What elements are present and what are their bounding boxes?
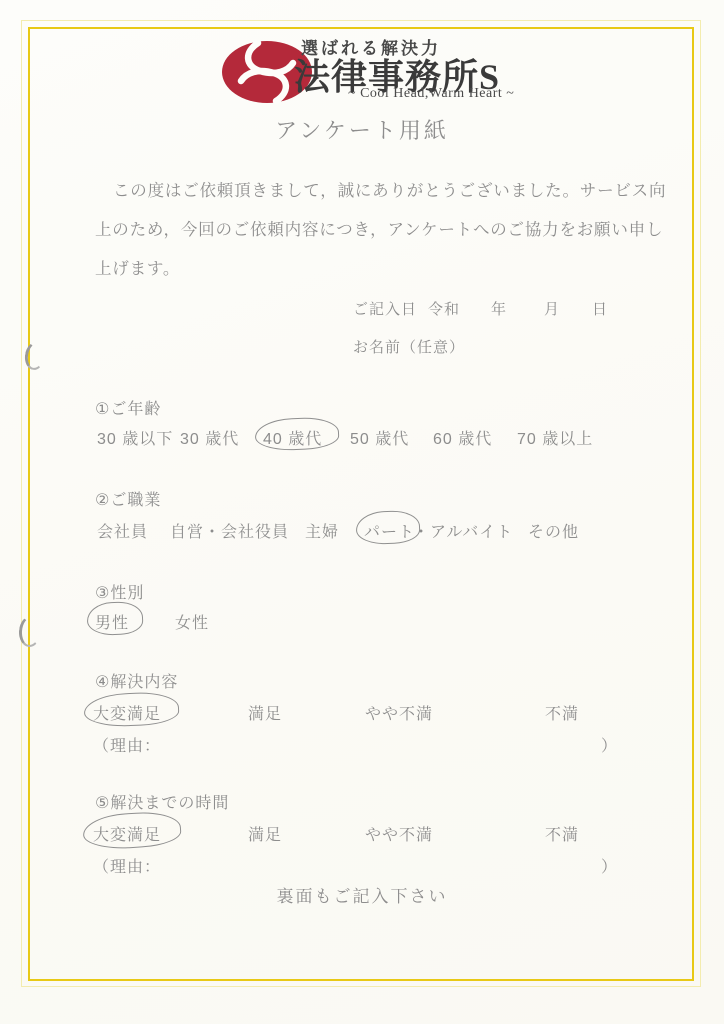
entry-year-label: 年 bbox=[491, 298, 507, 319]
q4-reason-open: （理由： bbox=[93, 733, 161, 756]
page-title: アンケート用紙 bbox=[0, 114, 724, 145]
q5-title: ⑤解決までの時間 bbox=[95, 790, 229, 813]
intro-line-1: この度はご依頼頂きまして，誠にありがとうございました。サービス向 bbox=[95, 172, 640, 211]
q2-option-self-employed: 自営・会社役員 bbox=[170, 519, 289, 542]
firm-motto: ~ Cool Head,Warm Heart ~ bbox=[348, 86, 514, 102]
q2-option-housewife: 主婦 bbox=[305, 519, 339, 542]
q1-option-under30: 30 歳以下 bbox=[97, 426, 173, 449]
q1-option-60s: 60 歳代 bbox=[433, 426, 492, 449]
q4-reason-close: ） bbox=[601, 733, 618, 756]
handwritten-circle-q5-very-satisfied bbox=[82, 810, 182, 851]
handwritten-circle-q3-male bbox=[86, 601, 143, 636]
q1-option-over70: 70 歳以上 bbox=[517, 426, 593, 449]
entry-era-label: 令和 bbox=[428, 298, 460, 319]
intro-paragraph: この度はご依頼頂きまして，誠にありがとうございました。サービス向 上のため，今回… bbox=[95, 172, 640, 289]
handwritten-circle-q2-parttime bbox=[355, 510, 420, 546]
q5-option-dissatisfied: 不満 bbox=[545, 822, 579, 845]
q4-option-somewhat-dissatisfied: やや不満 bbox=[365, 701, 433, 724]
handwritten-circle-q4-very-satisfied bbox=[83, 691, 179, 728]
entry-date-label: ご記入日 bbox=[353, 298, 417, 319]
entry-name-label: お名前（任意） bbox=[353, 336, 465, 357]
q5-option-satisfied: 満足 bbox=[248, 822, 282, 845]
q1-option-50s: 50 歳代 bbox=[350, 426, 409, 449]
q3-title: ③性別 bbox=[95, 580, 144, 603]
q1-option-30s: 30 歳代 bbox=[180, 426, 239, 449]
punch-hole-mark bbox=[18, 615, 42, 647]
footer-note: 裏面もご記入下さい bbox=[0, 882, 724, 907]
q2-option-other: その他 bbox=[528, 519, 579, 542]
q5-reason-open: （理由： bbox=[93, 854, 161, 877]
q3-option-female: 女性 bbox=[175, 610, 209, 633]
intro-line-3: 上げます。 bbox=[95, 250, 640, 289]
q1-title: ①ご年齢 bbox=[95, 396, 161, 419]
q2-title: ②ご職業 bbox=[95, 487, 161, 510]
intro-line-2: 上のため，今回のご依頼内容につき，アンケートへのご協力をお願い申し bbox=[95, 211, 640, 250]
q2-option-employee: 会社員 bbox=[97, 519, 148, 542]
entry-month-label: 月 bbox=[544, 298, 560, 319]
q5-option-somewhat-dissatisfied: やや不満 bbox=[365, 822, 433, 845]
entry-day-label: 日 bbox=[592, 298, 608, 319]
scanned-survey-page: 選ばれる解決力 法律事務所S ~ Cool Head,Warm Heart ~ … bbox=[0, 0, 724, 1024]
punch-hole-mark bbox=[23, 341, 47, 372]
q4-option-satisfied: 満足 bbox=[248, 701, 282, 724]
q5-reason-close: ） bbox=[601, 854, 618, 877]
q4-title: ④解決内容 bbox=[95, 669, 178, 692]
q4-option-dissatisfied: 不満 bbox=[545, 701, 579, 724]
handwritten-circle-q1-40s bbox=[254, 416, 339, 452]
q2-option-arbeit-suffix: ・アルバイト bbox=[413, 519, 513, 542]
